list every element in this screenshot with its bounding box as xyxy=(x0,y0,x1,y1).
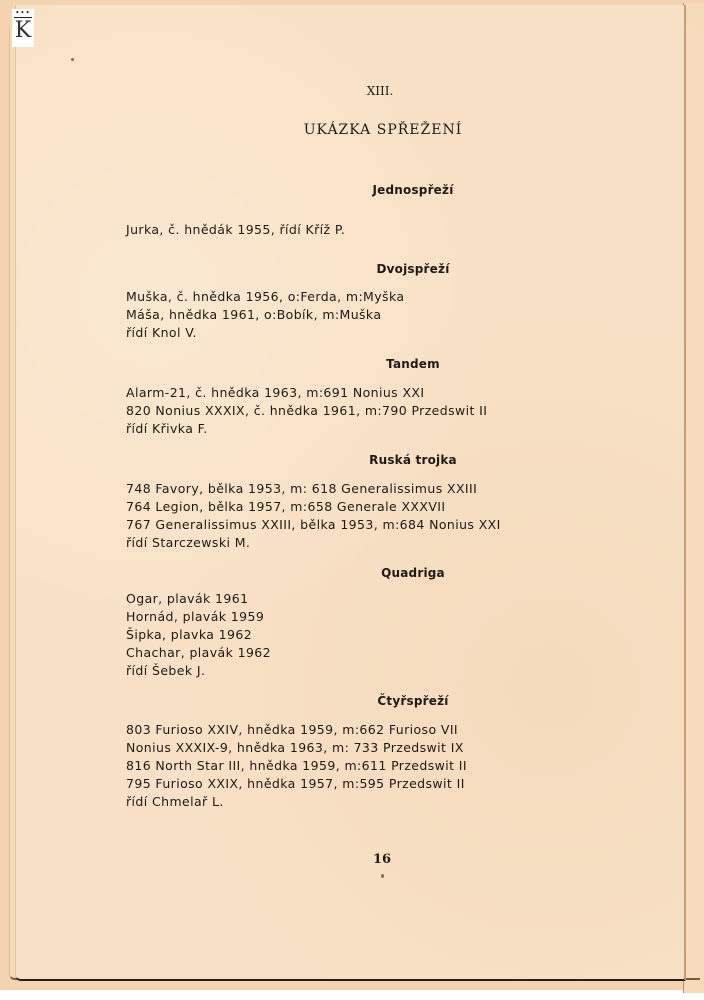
driver-line: řídí Starczewski M. xyxy=(126,534,501,552)
entry-line: Muška, č. hnědka 1956, o:Ferda, m:Myška xyxy=(126,288,404,306)
entry-line: 803 Furioso XXIV, hnědka 1959, m:662 Fur… xyxy=(126,721,467,739)
section-heading-jednosprezi: Jednospřeží xyxy=(0,183,704,197)
entry-line: 795 Furioso XXIX, hnědka 1957, m:595 Prz… xyxy=(126,775,467,793)
section-heading-dvojsprezi: Dvojspřeží xyxy=(0,262,704,276)
entry-line: Chachar, plavák 1962 xyxy=(126,644,271,662)
section-heading-ctyrsprezi: Čtyřspřeží xyxy=(0,694,704,708)
entry-line: Hornád, plavák 1959 xyxy=(126,608,271,626)
paper-speck xyxy=(71,58,74,61)
section-heading-quadriga: Quadriga xyxy=(0,566,704,580)
driver-line: řídí Knol V. xyxy=(126,324,404,342)
entry-line: Máša, hnědka 1961, o:Bobík, m:Muška xyxy=(126,306,404,324)
section-body-dvojsprezi: Muška, č. hnědka 1956, o:Ferda, m:Myška … xyxy=(126,288,404,342)
driver-line: řídí Šebek J. xyxy=(126,662,271,680)
entry-line: Nonius XXXIX-9, hnědka 1963, m: 733 Prze… xyxy=(126,739,467,757)
section-body-ruska-trojka: 748 Favory, bělka 1953, m: 618 Generalis… xyxy=(126,480,501,552)
section-heading-ruska-trojka: Ruská trojka xyxy=(0,453,704,467)
section-heading-tandem: Tandem xyxy=(0,357,704,371)
driver-line: řídí Chmelař L. xyxy=(126,793,467,811)
entry-line: 820 Nonius XXXIX, č. hnědka 1961, m:790 … xyxy=(126,402,487,420)
entry-line: Alarm-21, č. hnědka 1963, m:691 Nonius X… xyxy=(126,384,487,402)
driver-line: řídí Křivka F. xyxy=(126,420,487,438)
section-body-jednosprezi: Jurka, č. hnědák 1955, řídí Kříž P. xyxy=(126,221,345,239)
entry-line: Ogar, plavák 1961 xyxy=(126,590,271,608)
entry-line: 748 Favory, bělka 1953, m: 618 Generalis… xyxy=(126,480,501,498)
entry-line: 767 Generalissimus XXIII, bělka 1953, m:… xyxy=(126,516,501,534)
page-number: 16 xyxy=(373,852,391,867)
chapter-number: XIII. xyxy=(0,84,704,98)
entry-line: Šipka, plavka 1962 xyxy=(126,626,271,644)
entry-line: 764 Legion, bělka 1957, m:658 Generale X… xyxy=(126,498,501,516)
paper-speck xyxy=(381,874,384,878)
section-body-tandem: Alarm-21, č. hnědka 1963, m:691 Nonius X… xyxy=(126,384,487,438)
chapter-title: UKÁZKA SPŘEŽENÍ xyxy=(0,122,704,138)
section-body-ctyrsprezi: 803 Furioso XXIV, hnědka 1959, m:662 Fur… xyxy=(126,721,467,811)
page-content: XIII. UKÁZKA SPŘEŽENÍ Jednospřeží Jurka,… xyxy=(0,0,704,1000)
entry-line: Jurka, č. hnědák 1955, řídí Kříž P. xyxy=(126,221,345,239)
entry-line: 816 North Star III, hnědka 1959, m:611 P… xyxy=(126,757,467,775)
section-body-quadriga: Ogar, plavák 1961 Hornád, plavák 1959 Ši… xyxy=(126,590,271,680)
